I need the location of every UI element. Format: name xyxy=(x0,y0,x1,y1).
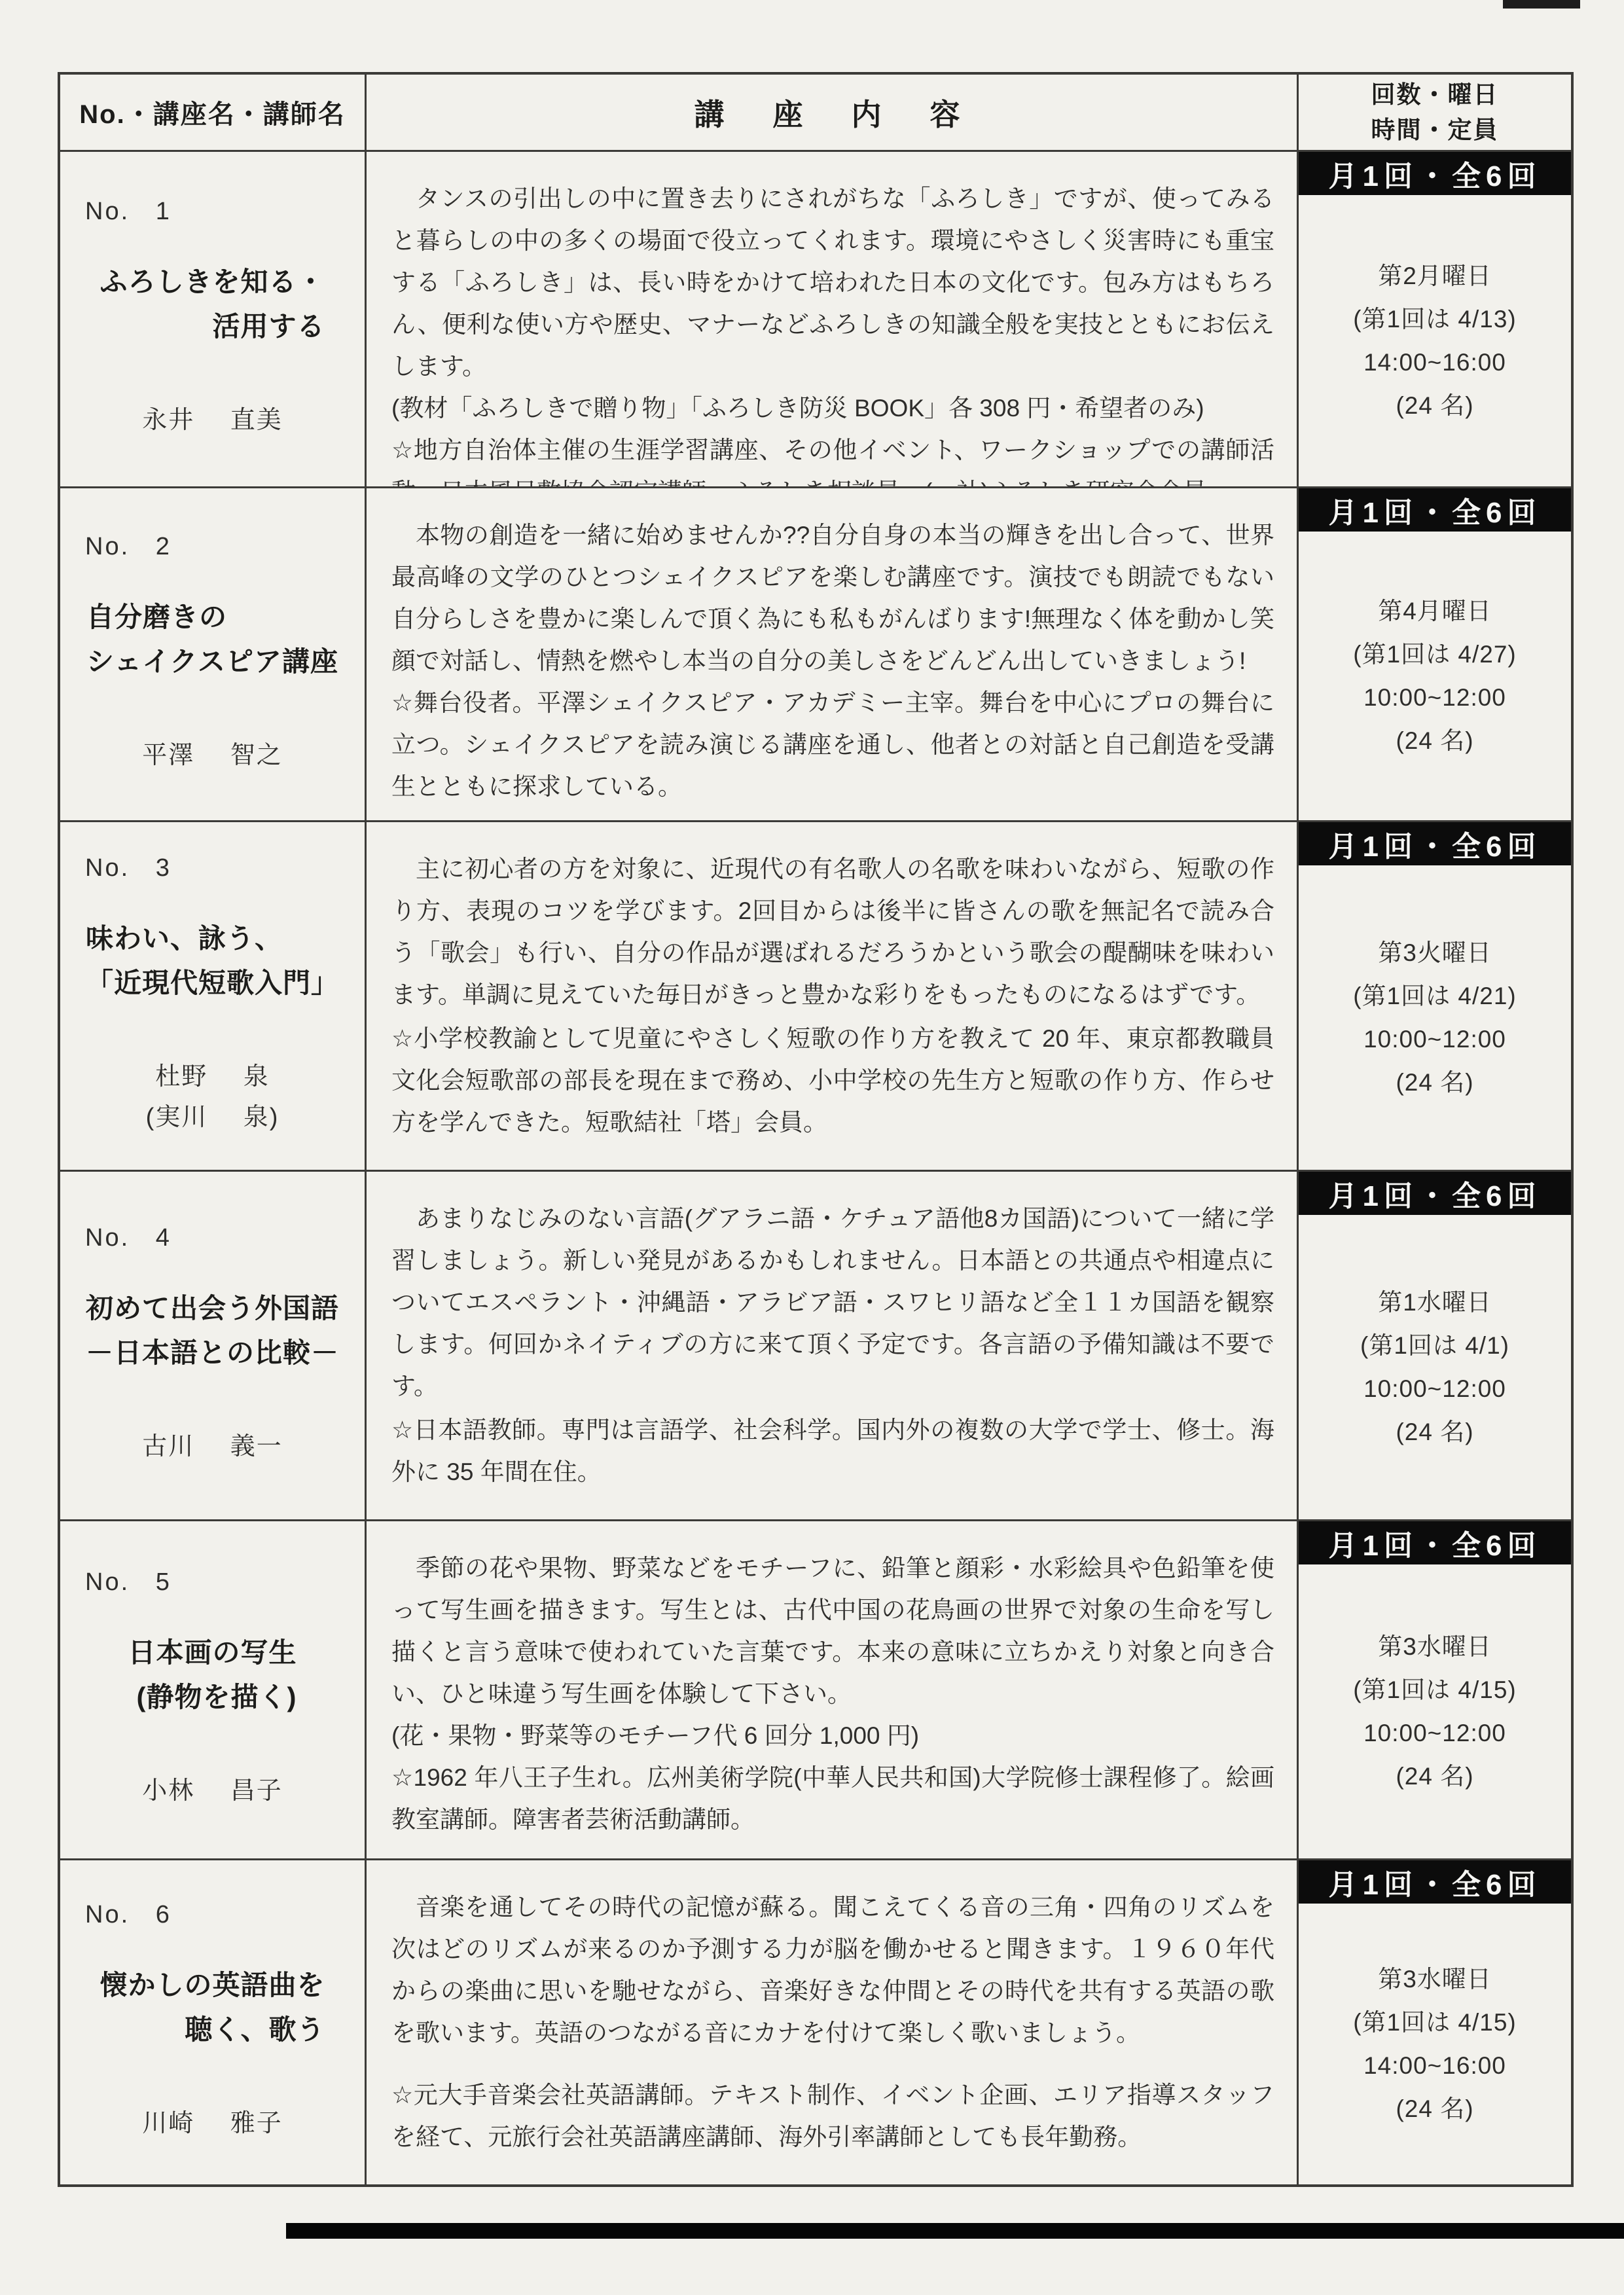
course-id-cell: No. 2 自分磨きの シェイクスピア講座 平澤 智之 xyxy=(60,488,367,822)
course-title: 日本画の写生 (静物を描く) xyxy=(128,1631,297,1720)
schedule-time: 14:00~16:00 xyxy=(1353,341,1517,384)
course-description: 音楽を通してその時代の記憶が蘇る。聞こえてくる音の三角・四角のリズムを次はどのリ… xyxy=(391,1887,1274,2054)
header-schedule-line2: 時間・定員 xyxy=(1371,113,1499,148)
instructor-name-alt: (実川 泉) xyxy=(146,1097,280,1138)
frequency-banner: 月1回・全6回 xyxy=(1299,1172,1571,1215)
schedule-first-date: (第1回は 4/15) xyxy=(1353,2001,1517,2044)
course-title-line1: 初めて出会う外国語 xyxy=(86,1286,339,1331)
course-title-line1: ふろしきを知る・ xyxy=(99,260,325,304)
course-number: No. 2 xyxy=(85,533,171,561)
course-title-line1: 懐かしの英語曲を xyxy=(99,1963,325,2008)
course-schedule-cell: 月1回・全6回 第4月曜日 (第1回は 4/27) 10:00~12:00 (2… xyxy=(1299,488,1571,822)
course-title-line2: 「近現代短歌入門」 xyxy=(86,961,339,1005)
schedule-details: 第3火曜日 (第1回は 4/21) 10:00~12:00 (24 名) xyxy=(1353,888,1517,1104)
course-schedule-cell: 月1回・全6回 第3火曜日 (第1回は 4/21) 10:00~12:00 (2… xyxy=(1299,822,1571,1172)
course-title-line2: －日本語との比較－ xyxy=(86,1331,339,1375)
schedule-capacity: (24 名) xyxy=(1353,384,1517,427)
course-id-cell: No. 4 初めて出会う外国語 －日本語との比較－ 古川 義一 xyxy=(60,1172,367,1521)
schedule-weekday: 第3水曜日 xyxy=(1353,1625,1517,1669)
instructor-name: 杜野 泉 (実川 泉) xyxy=(146,1057,280,1138)
schedule-weekday: 第1水曜日 xyxy=(1360,1281,1509,1324)
course-id-cell: No. 6 懐かしの英語曲を 聴く、歌う 川崎 雅子 xyxy=(60,1860,367,2184)
schedule-capacity: (24 名) xyxy=(1360,1411,1509,1454)
header-col-content: 講 座 内 容 xyxy=(367,75,1299,152)
course-schedule-cell: 月1回・全6回 第3水曜日 (第1回は 4/15) 14:00~16:00 (2… xyxy=(1299,1860,1571,2184)
course-title-line1: 日本画の写生 xyxy=(128,1631,297,1675)
course-description: 主に初心者の方を対象に、近現代の有名歌人の名歌を味わいながら、短歌の作り方、表現… xyxy=(391,848,1274,1016)
schedule-time: 10:00~12:00 xyxy=(1353,676,1517,719)
schedule-first-date: (第1回は 4/27) xyxy=(1353,633,1517,676)
instructor-name: 永井 直美 xyxy=(142,400,283,441)
schedule-capacity: (24 名) xyxy=(1353,1061,1517,1104)
course-content-cell: 季節の花や果物、野菜などをモチーフに、鉛筆と顔彩・水彩絵具や色鉛筆を使って写生画… xyxy=(367,1521,1299,1860)
instructor-name-main: 平澤 智之 xyxy=(142,735,283,776)
schedule-weekday: 第4月曜日 xyxy=(1353,590,1517,633)
course-materials-note: (花・果物・野菜等のモチーフ代 6 回分 1,000 円) xyxy=(391,1715,1274,1757)
schedule-first-date: (第1回は 4/13) xyxy=(1353,298,1517,341)
course-title-line2: 活用する xyxy=(99,304,325,349)
schedule-capacity: (24 名) xyxy=(1353,2087,1517,2131)
frequency-banner: 月1回・全6回 xyxy=(1299,822,1571,865)
schedule-time: 10:00~12:00 xyxy=(1353,1712,1517,1755)
course-title: 懐かしの英語曲を 聴く、歌う xyxy=(99,1963,325,2052)
header-col-course: No.・講座名・講師名 xyxy=(60,75,367,152)
course-title-line2: (静物を描く) xyxy=(128,1675,297,1720)
frequency-banner: 月1回・全6回 xyxy=(1299,488,1571,532)
schedule-time: 14:00~16:00 xyxy=(1353,2044,1517,2087)
course-materials-note: (教材「ふろしきで贈り物」「ふろしき防災 BOOK」各 308 円・希望者のみ) xyxy=(391,388,1274,429)
course-content-cell: あまりなじみのない言語(グアラニ語・ケチュア語他8カ国語)について一緒に学習しま… xyxy=(367,1172,1299,1521)
instructor-bio: ☆小学校教諭として児童にやさしく短歌の作り方を教えて 20 年、東京都教職員文化… xyxy=(391,1018,1274,1144)
course-title: ふろしきを知る・ 活用する xyxy=(99,260,325,349)
course-title: 初めて出会う外国語 －日本語との比較－ xyxy=(86,1286,339,1375)
schedule-details: 第3水曜日 (第1回は 4/15) 10:00~12:00 (24 名) xyxy=(1353,1582,1517,1798)
course-id-cell: No. 5 日本画の写生 (静物を描く) 小林 昌子 xyxy=(60,1521,367,1860)
schedule-weekday: 第3火曜日 xyxy=(1353,931,1517,975)
instructor-name: 小林 昌子 xyxy=(142,1771,283,1811)
course-title-line1: 味わい、詠う、 xyxy=(86,916,339,961)
course-description: 季節の花や果物、野菜などをモチーフに、鉛筆と顔彩・水彩絵具や色鉛筆を使って写生画… xyxy=(391,1547,1274,1715)
course-title: 味わい、詠う、 「近現代短歌入門」 xyxy=(86,916,339,1005)
schedule-details: 第3水曜日 (第1回は 4/15) 14:00~16:00 (24 名) xyxy=(1353,1915,1517,2131)
instructor-name-main: 古川 義一 xyxy=(142,1426,283,1467)
frequency-banner: 月1回・全6回 xyxy=(1299,1860,1571,1904)
schedule-details: 第2月曜日 (第1回は 4/13) 14:00~16:00 (24 名) xyxy=(1353,211,1517,427)
instructor-name-main: 永井 直美 xyxy=(142,400,283,441)
schedule-capacity: (24 名) xyxy=(1353,1755,1517,1798)
course-schedule-cell: 月1回・全6回 第3水曜日 (第1回は 4/15) 10:00~12:00 (2… xyxy=(1299,1521,1571,1860)
course-number: No. 4 xyxy=(85,1224,171,1252)
instructor-name: 古川 義一 xyxy=(142,1426,283,1467)
course-schedule-cell: 月1回・全6回 第1水曜日 (第1回は 4/1) 10:00~12:00 (24… xyxy=(1299,1172,1571,1521)
course-schedule-cell: 月1回・全6回 第2月曜日 (第1回は 4/13) 14:00~16:00 (2… xyxy=(1299,152,1571,488)
corner-scan-mark xyxy=(1503,0,1580,9)
frequency-banner: 月1回・全6回 xyxy=(1299,1521,1571,1564)
instructor-name-main: 川崎 雅子 xyxy=(142,2103,283,2144)
instructor-bio: ☆元大手音楽会社英語講師。テキスト制作、イベント企画、エリア指導スタッフを経て、… xyxy=(391,2074,1274,2158)
schedule-details: 第4月曜日 (第1回は 4/27) 10:00~12:00 (24 名) xyxy=(1353,547,1517,763)
course-number: No. 3 xyxy=(85,854,171,882)
instructor-bio: ☆舞台役者。平澤シェイクスピア・アカデミー主宰。舞台を中心にプロの舞台に立つ。シ… xyxy=(391,682,1274,808)
header-schedule-line1: 回数・曜日 xyxy=(1371,77,1499,113)
instructor-bio: ☆地方自治体主催の生涯学習講座、その他イベント、ワークショップでの講師活動。日本… xyxy=(391,429,1274,488)
bottom-scan-bar xyxy=(286,2223,1624,2239)
course-content-cell: 音楽を通してその時代の記憶が蘇る。聞こえてくる音の三角・四角のリズムを次はどのリ… xyxy=(367,1860,1299,2184)
course-id-cell: No. 1 ふろしきを知る・ 活用する 永井 直美 xyxy=(60,152,367,488)
course-description: 本物の創造を一緒に始めませんか??自分自身の本当の輝きを出し合って、世界最高峰の… xyxy=(391,515,1274,682)
header-col-course-label: No.・講座名・講師名 xyxy=(79,94,345,131)
schedule-capacity: (24 名) xyxy=(1353,719,1517,763)
schedule-time: 10:00~12:00 xyxy=(1353,1018,1517,1061)
header-col-schedule: 回数・曜日 時間・定員 xyxy=(1299,75,1571,152)
header-col-content-label: 講 座 内 容 xyxy=(695,91,969,134)
schedule-first-date: (第1回は 4/1) xyxy=(1360,1324,1509,1367)
course-title: 自分磨きの シェイクスピア講座 xyxy=(86,595,338,684)
course-number: No. 5 xyxy=(85,1568,171,1597)
instructor-name: 川崎 雅子 xyxy=(142,2103,283,2144)
schedule-first-date: (第1回は 4/15) xyxy=(1353,1669,1517,1712)
course-title-line1: 自分磨きの xyxy=(86,595,338,640)
course-content-cell: タンスの引出しの中に置き去りにされがちな「ふろしき」ですが、使ってみると暮らしの… xyxy=(367,152,1299,488)
instructor-name-main: 小林 昌子 xyxy=(142,1771,283,1811)
instructor-bio: ☆日本語教師。専門は言語学、社会科学。国内外の複数の大学で学士、修士。海外に 3… xyxy=(391,1409,1274,1493)
course-content-cell: 主に初心者の方を対象に、近現代の有名歌人の名歌を味わいながら、短歌の作り方、表現… xyxy=(367,822,1299,1172)
schedule-time: 10:00~12:00 xyxy=(1360,1367,1509,1411)
course-description: あまりなじみのない言語(グアラニ語・ケチュア語他8カ国語)について一緒に学習しま… xyxy=(391,1198,1274,1407)
course-table: No.・講座名・講師名 講 座 内 容 回数・曜日 時間・定員 No. 1 ふろ… xyxy=(58,72,1574,2187)
course-title-line2: 聴く、歌う xyxy=(99,2008,325,2052)
course-number: No. 6 xyxy=(85,1901,171,1929)
schedule-details: 第1水曜日 (第1回は 4/1) 10:00~12:00 (24 名) xyxy=(1360,1238,1509,1454)
instructor-name: 平澤 智之 xyxy=(142,735,283,776)
course-content-cell: 本物の創造を一緒に始めませんか??自分自身の本当の輝きを出し合って、世界最高峰の… xyxy=(367,488,1299,822)
course-description: タンスの引出しの中に置き去りにされがちな「ふろしき」ですが、使ってみると暮らしの… xyxy=(391,178,1274,388)
schedule-first-date: (第1回は 4/21) xyxy=(1353,975,1517,1018)
schedule-weekday: 第2月曜日 xyxy=(1353,255,1517,298)
course-title-line2: シェイクスピア講座 xyxy=(86,640,338,684)
course-id-cell: No. 3 味わい、詠う、 「近現代短歌入門」 杜野 泉 (実川 泉) xyxy=(60,822,367,1172)
instructor-name-main: 杜野 泉 xyxy=(146,1057,280,1097)
schedule-weekday: 第3水曜日 xyxy=(1353,1958,1517,2001)
frequency-banner: 月1回・全6回 xyxy=(1299,152,1571,195)
scanned-course-catalog-page: No.・講座名・講師名 講 座 内 容 回数・曜日 時間・定員 No. 1 ふろ… xyxy=(0,0,1624,2295)
instructor-bio: ☆1962 年八王子生れ。広州美術学院(中華人民共和国)大学院修士課程修了。絵画… xyxy=(391,1757,1274,1841)
course-number: No. 1 xyxy=(85,198,171,226)
